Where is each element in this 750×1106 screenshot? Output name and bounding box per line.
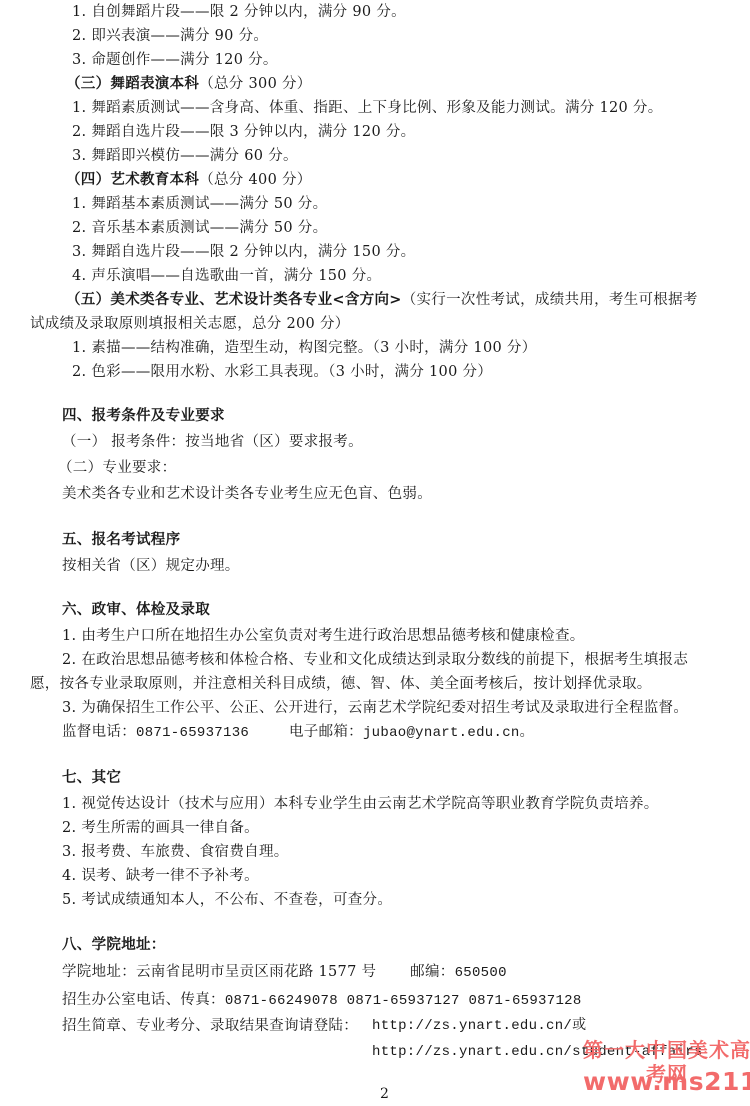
part-heading: 八、学院地址：	[62, 935, 166, 955]
email-label: 电子邮箱：	[289, 724, 363, 740]
list-item: 3. 命题创作——满分 120 分。	[72, 50, 278, 70]
section-note-continued: 试成绩及录取原则填报相关志愿，总分 200 分）	[30, 314, 350, 334]
postcode-value: 650500	[455, 965, 507, 981]
list-item: 1. 舞蹈基本素质测试——满分 50 分。	[72, 194, 327, 214]
paragraph: 按相关省（区）规定办理。	[62, 556, 240, 576]
list-item: 1. 视觉传达设计（技术与应用）本科专业学生由云南艺术学院高等职业教育学院负责培…	[62, 794, 659, 814]
list-item: 4. 声乐演唱——自选歌曲一首，满分 150 分。	[72, 266, 381, 286]
email-link[interactable]: jubao@ynart.edu.cn。	[363, 725, 534, 741]
address-label: 学院地址：	[62, 964, 136, 980]
paragraph: 愿，按各专业录取原则，并注意相关科目成绩，德、智、体、美全面考核后，按计划择优录…	[30, 674, 652, 694]
paragraph: （二）专业要求：	[58, 458, 176, 478]
paragraph: 美术类各专业和艺术设计类各专业考生应无色盲、色弱。	[62, 484, 432, 504]
list-item: 2. 考生所需的画具一律自备。	[62, 818, 259, 838]
page-number: 2	[380, 1086, 389, 1102]
list-item: 1. 自创舞蹈片段——限 2 分钟以内，满分 90 分。	[72, 2, 406, 22]
list-item: 2. 色彩——限用水粉、水彩工具表现。（3 小时，满分 100 分）	[72, 362, 492, 382]
part-heading: 五、报名考试程序	[62, 530, 180, 550]
section-note: （总分 400 分）	[199, 172, 311, 188]
watermark-url: www.ms211.com	[583, 1067, 750, 1097]
query-label: 招生简章、专业考分、录取结果查询请登陆：	[62, 1018, 358, 1034]
paragraph: （一） 报考条件：按当地省（区）要求报考。	[62, 432, 363, 452]
section-heading: （三）舞蹈表演本科（总分 300 分）	[66, 74, 312, 94]
list-item: 4. 误考、缺考一律不予补考。	[62, 866, 259, 886]
list-item: 1. 素描——结构准确，造型生动，构图完整。（3 小时，满分 100 分）	[72, 338, 537, 358]
paragraph: 2. 在政治思想品德考核和体检合格、专业和文化成绩达到录取分数线的前提下，根据考…	[62, 650, 688, 670]
part-heading: 四、报考条件及专业要求	[62, 406, 225, 426]
list-item: 3. 舞蹈自选片段——限 2 分钟以内，满分 150 分。	[72, 242, 415, 262]
paragraph: 3. 为确保招生工作公平、公正、公开进行，云南艺术学院纪委对招生考试及录取进行全…	[62, 698, 688, 718]
query-url-primary[interactable]: http://zs.ynart.edu.cn/或	[372, 1016, 586, 1036]
phone-label: 监督电话：	[62, 724, 136, 740]
list-item: 3. 舞蹈即兴模仿——满分 60 分。	[72, 146, 298, 166]
section-heading: （五）美术类各专业、艺术设计类各专业<含方向>（实行一次性考试，成绩共用，考生可…	[66, 290, 698, 310]
list-item: 2. 音乐基本素质测试——满分 50 分。	[72, 218, 327, 238]
part-heading: 七、其它	[62, 768, 121, 788]
postcode-label: 邮编：	[410, 964, 454, 980]
address-line: 学院地址：云南省昆明市呈贡区雨花路 1577 号 邮编：650500	[62, 962, 507, 983]
section-note: （总分 300 分）	[199, 76, 311, 92]
contact-line: 监督电话：0871-65937136 电子邮箱：jubao@ynart.edu.…	[62, 722, 534, 743]
list-item: 5. 考试成绩通知本人，不公布、不查卷，可查分。	[62, 890, 392, 910]
section-title: （三）舞蹈表演本科	[66, 76, 199, 92]
phone-number: 0871-65937136	[136, 725, 249, 741]
section-heading: （四）艺术教育本科（总分 400 分）	[66, 170, 312, 190]
office-phone-numbers: 0871-66249078 0871-65937127 0871-6593712…	[225, 993, 582, 1009]
paragraph: 1. 由考生户口所在地招生办公室负责对考生进行政治思想品德考核和健康检查。	[62, 626, 585, 646]
section-note: （实行一次性考试，成绩共用，考生可根据考	[402, 292, 698, 308]
office-phone-label: 招生办公室电话、传真：	[62, 992, 225, 1008]
part-heading: 六、政审、体检及录取	[62, 600, 210, 620]
list-item: 2. 舞蹈自选片段——限 3 分钟以内，满分 120 分。	[72, 122, 415, 142]
query-line: 招生简章、专业考分、录取结果查询请登陆：	[62, 1016, 358, 1036]
list-item: 1. 舞蹈素质测试——含身高、体重、指距、上下身比例、形象及能力测试。满分 12…	[72, 98, 663, 118]
list-item: 3. 报考费、车旅费、食宿费自理。	[62, 842, 289, 862]
office-phone-line: 招生办公室电话、传真：0871-66249078 0871-65937127 0…	[62, 990, 582, 1011]
section-title: （四）艺术教育本科	[66, 172, 199, 188]
list-item: 2. 即兴表演——满分 90 分。	[72, 26, 268, 46]
section-title: （五）美术类各专业、艺术设计类各专业<含方向>	[66, 292, 402, 308]
address-value: 云南省昆明市呈贡区雨花路 1577 号	[136, 964, 376, 980]
